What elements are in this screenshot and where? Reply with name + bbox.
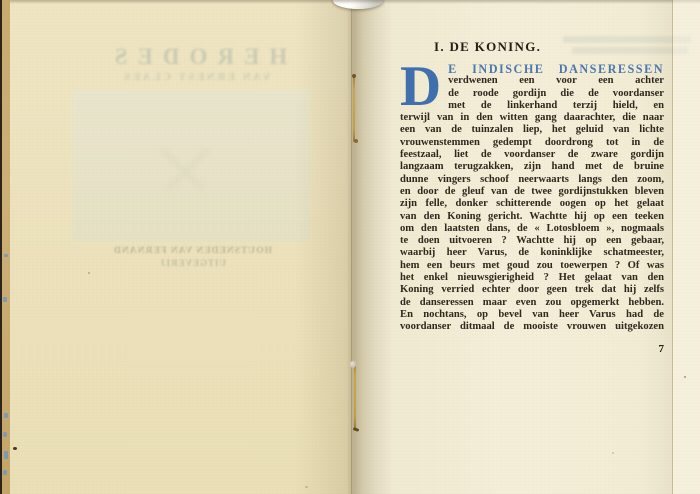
cover-fleck — [3, 432, 7, 437]
cover-fleck — [4, 413, 8, 418]
cover-fleck — [3, 470, 7, 475]
body-line: van den Koning gericht. Wachtte hij op e… — [400, 211, 664, 223]
body-line: dunne vingers schoof neerwaarts langs de… — [400, 174, 664, 186]
paper-speck — [684, 376, 686, 378]
paper-speck — [305, 486, 308, 488]
body-line: te doen uitvoeren ? Wachtte hij op een g… — [400, 235, 664, 247]
body-line: een van de tuinzalen liep, het geluid va… — [400, 124, 664, 136]
paper-speck — [612, 452, 614, 454]
body-line: waarbij heer Varus, de koninklijke schat… — [400, 247, 664, 259]
sewing-thread — [353, 77, 355, 142]
sewing-thread — [354, 363, 356, 429]
thread-knot — [354, 139, 358, 143]
body-paragraph: D E INDISCHE DANSERESSEN verdwenen een v… — [400, 63, 664, 334]
body-line: de danseressen maar even zou opgemerkt h… — [400, 297, 664, 309]
page-number: 7 — [400, 343, 664, 355]
right-page-edge-strip — [673, 0, 700, 494]
bleedthrough-illustration-mark — [150, 150, 220, 190]
chapter-heading: I. DE KONING. — [434, 39, 541, 55]
cover-fleck — [4, 254, 8, 257]
drop-cap: D — [400, 63, 448, 111]
body-line: terwijl van in den witten gang daarachte… — [400, 112, 664, 124]
body-line: voordanser ditmaal de mooiste vrouwen ui… — [400, 321, 664, 333]
body-line: zijn felle, donker schitterende oogen op… — [400, 198, 664, 210]
left-cover-edge — [2, 0, 10, 494]
body-line: om den laatsten dans, de « Lotosbloem »,… — [400, 223, 664, 235]
body-line: het enkel nieuwsgierigheid ? Het gelaat … — [400, 272, 664, 284]
body-line: vrouwenstemmen gedempt doordrong tot in … — [400, 137, 664, 149]
top-page-edge — [0, 0, 700, 4]
open-book-photo: HERODES VAN ERNEST CLAES HOUTSNEDEN VAN … — [0, 0, 700, 494]
left-page — [10, 0, 352, 494]
paper-speck — [88, 272, 90, 274]
cover-fleck — [4, 451, 8, 459]
paper-speck — [13, 447, 17, 450]
body-line: langzaam terugzakken, zijn hand met de b… — [400, 161, 664, 173]
body-line: feestzaal, liet de voordanser de zware g… — [400, 149, 664, 161]
body-line: En nochtans, op bevel van heer Varus had… — [400, 309, 664, 321]
body-line: Koning verried echter door geen trek dat… — [400, 284, 664, 296]
body-line: hem een beurs met goud zou toewerpen ? O… — [400, 260, 664, 272]
thread-knot — [352, 74, 356, 78]
thread-bead — [350, 361, 356, 368]
cover-fleck — [3, 297, 7, 302]
body-line: en door de gleuf van de twee gordijnstuk… — [400, 186, 664, 198]
